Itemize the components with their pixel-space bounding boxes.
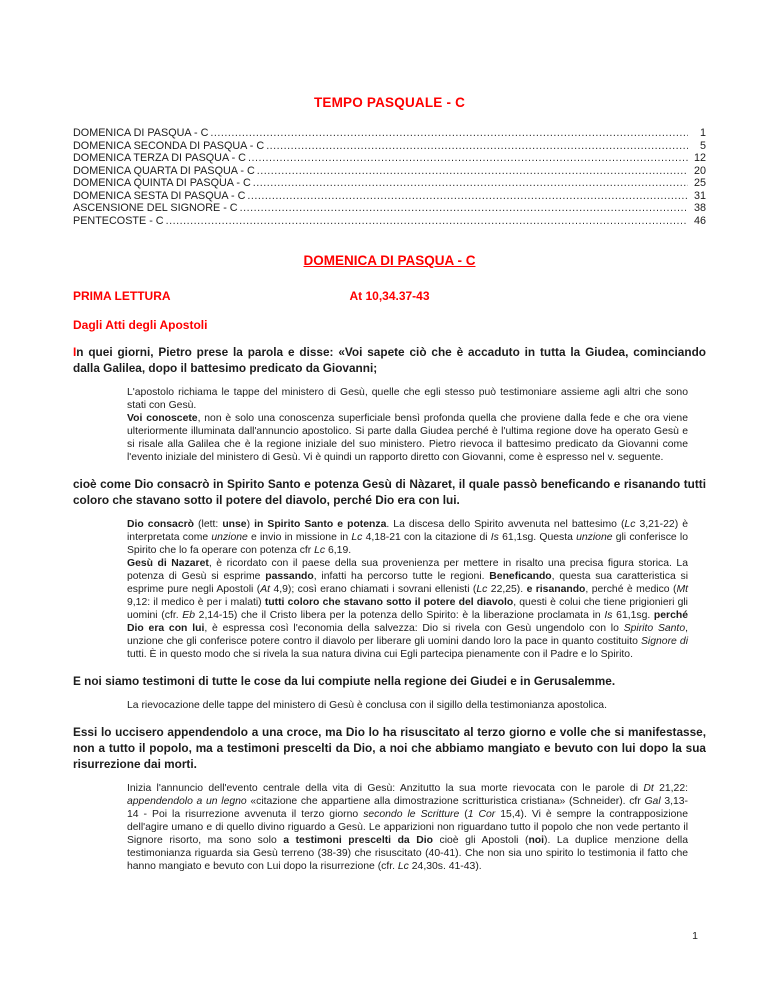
toc-entry-label: PENTECOSTE - C — [73, 215, 164, 228]
scripture-paragraph: E noi siamo testimoni di tutte le cose d… — [73, 673, 706, 689]
scripture-paragraph: cioè come Dio consacrò in Spirito Santo … — [73, 476, 706, 508]
reading-label: PRIMA LETTURA — [73, 289, 171, 303]
scripture-paragraph: In quei giorni, Pietro prese la parola e… — [73, 344, 706, 376]
text-run: Lc — [398, 861, 409, 872]
text-run: Dt — [643, 783, 653, 794]
toc-entry-label: DOMENICA DI PASQUA - C — [73, 127, 208, 140]
toc-dot-leader — [253, 177, 688, 190]
reading-header-spacer — [430, 289, 706, 303]
text-run: unzione — [211, 532, 247, 543]
toc-entry-page: 46 — [690, 215, 706, 228]
toc-entry-page: 31 — [690, 190, 706, 203]
toc-entry-page: 20 — [690, 165, 706, 178]
text-run: Lc — [624, 519, 635, 530]
commentary-paragraph: Dio consacrò (lett: unse) in Spirito San… — [127, 518, 688, 661]
text-run: Dio consacrò — [127, 519, 194, 530]
text-run: e risanando — [527, 584, 586, 595]
text-run: appendendolo a un legno — [127, 796, 247, 807]
text-run: unse — [222, 519, 246, 530]
toc-entry-page: 25 — [690, 177, 706, 190]
text-run: unzione — [576, 532, 612, 543]
reading-reference: At 10,34.37-43 — [349, 289, 429, 303]
text-run: Lc — [351, 532, 362, 543]
toc-entry[interactable]: ASCENSIONE DEL SIGNORE - C38 — [73, 202, 706, 215]
text-run: At — [260, 584, 270, 595]
text-run: Beneficando — [489, 571, 551, 582]
text-run: Signore di — [641, 636, 688, 647]
text-run: Eb — [182, 610, 195, 621]
toc-dot-leader — [240, 202, 688, 215]
toc-entry[interactable]: DOMENICA QUARTA DI PASQUA - C20 — [73, 165, 706, 178]
page-number: 1 — [660, 930, 698, 942]
toc-entry-page: 5 — [690, 140, 706, 153]
toc-entry[interactable]: DOMENICA QUINTA DI PASQUA - C25 — [73, 177, 706, 190]
text-run: Spirito Santo — [624, 623, 685, 634]
commentary-paragraph: La rievocazione delle tappe del minister… — [127, 699, 688, 712]
document-title: TEMPO PASQUALE - C — [73, 95, 706, 110]
document-page: TEMPO PASQUALE - C DOMENICA DI PASQUA - … — [0, 0, 768, 994]
table-of-contents: DOMENICA DI PASQUA - C1DOMENICA SECONDA … — [73, 127, 706, 227]
text-run: Lc — [314, 545, 325, 556]
toc-entry-label: DOMENICA SESTA DI PASQUA - C — [73, 190, 245, 203]
toc-entry-label: DOMENICA QUARTA DI PASQUA - C — [73, 165, 255, 178]
toc-entry-label: DOMENICA TERZA DI PASQUA - C — [73, 152, 246, 165]
text-run: Is — [491, 532, 499, 543]
toc-entry-label: DOMENICA SECONDA DI PASQUA - C — [73, 140, 264, 153]
red-initial: I — [73, 345, 76, 359]
reading-source: Dagli Atti degli Apostoli — [73, 318, 706, 332]
toc-entry-label: DOMENICA QUINTA DI PASQUA - C — [73, 177, 251, 190]
document-body: In quei giorni, Pietro prese la parola e… — [73, 344, 706, 873]
toc-dot-leader — [166, 215, 688, 228]
toc-dot-leader — [210, 127, 688, 140]
text-run: noi — [528, 835, 544, 846]
text-run: in Spirito Santo e potenza — [254, 519, 386, 530]
commentary-paragraph: Inizia l'annuncio dell'evento centrale d… — [127, 782, 688, 873]
toc-dot-leader — [257, 165, 688, 178]
scripture-paragraph: Essi lo uccisero appendendolo a una croc… — [73, 724, 706, 772]
text-run: passando — [265, 571, 314, 582]
text-run: tutti coloro che stavano sotto il potere… — [265, 597, 513, 608]
text-run: a testimoni prescelti da Dio — [283, 835, 433, 846]
toc-entry[interactable]: PENTECOSTE - C46 — [73, 215, 706, 228]
commentary-paragraph: L'apostolo richiama le tappe del ministe… — [127, 386, 688, 464]
text-run: Gesù di Nazaret — [127, 558, 209, 569]
toc-entry-page: 1 — [690, 127, 706, 140]
toc-entry-page: 38 — [690, 202, 706, 215]
reading-header: PRIMA LETTURA At 10,34.37-43 — [73, 289, 706, 303]
section-title-text: DOMENICA DI PASQUA - C — [304, 253, 476, 268]
section-title: DOMENICA DI PASQUA - C — [73, 253, 706, 268]
text-run: Is — [604, 610, 612, 621]
toc-entry[interactable]: DOMENICA SESTA DI PASQUA - C31 — [73, 190, 706, 203]
text-run: Mt — [676, 584, 688, 595]
toc-entry[interactable]: DOMENICA DI PASQUA - C1 — [73, 127, 706, 140]
text-run: 1 Cor — [468, 809, 496, 820]
toc-dot-leader — [247, 190, 688, 203]
toc-dot-leader — [266, 140, 688, 153]
text-run: Voi conoscete — [127, 413, 198, 424]
text-run: secondo le Scritture — [363, 809, 459, 820]
toc-entry-page: 12 — [690, 152, 706, 165]
toc-entry-label: ASCENSIONE DEL SIGNORE - C — [73, 202, 238, 215]
text-run: Lc — [476, 584, 487, 595]
toc-dot-leader — [248, 152, 688, 165]
toc-entry[interactable]: DOMENICA TERZA DI PASQUA - C12 — [73, 152, 706, 165]
text-run: Gal — [644, 796, 660, 807]
toc-entry[interactable]: DOMENICA SECONDA DI PASQUA - C5 — [73, 140, 706, 153]
